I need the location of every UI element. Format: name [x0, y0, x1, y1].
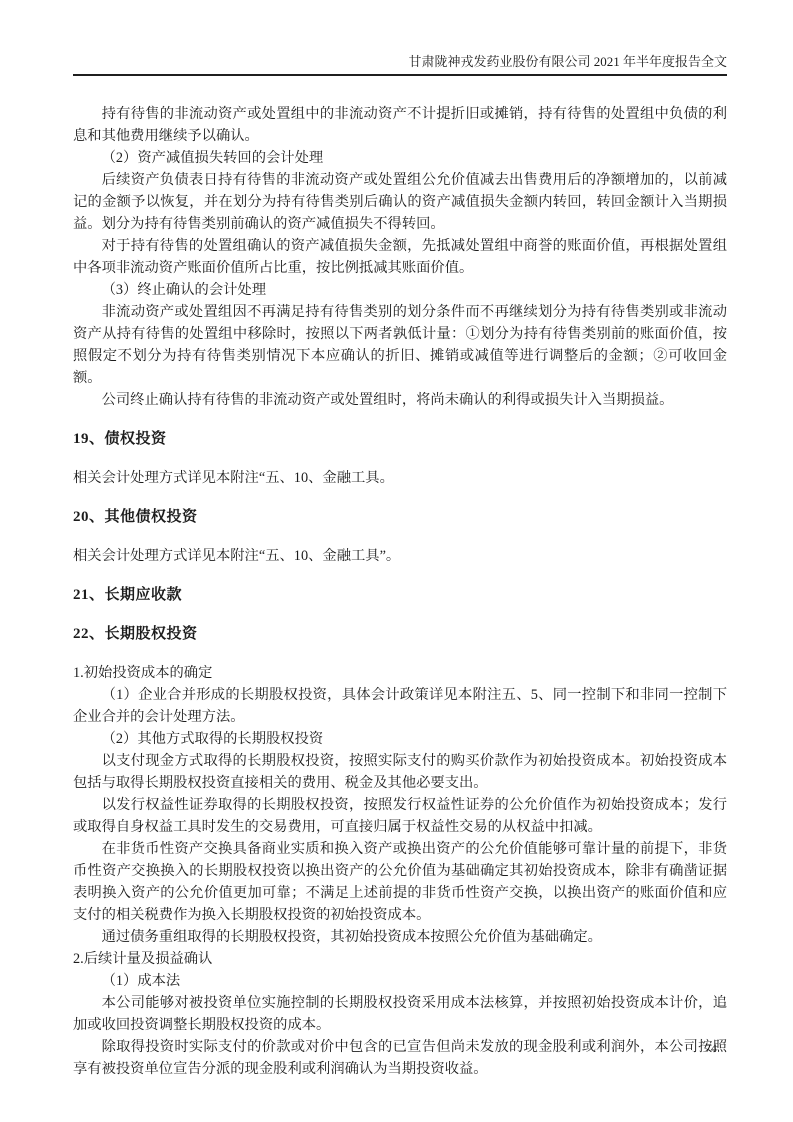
note-paragraph: 相关会计处理方式详见本附注“五、10、金融工具”。: [73, 545, 727, 567]
body-paragraph: 对于持有待售的处置组确认的资产减值损失金额，先抵减处置组中商誉的账面价值，再根据…: [73, 235, 727, 279]
section-heading: 22、长期股权投资: [73, 623, 727, 645]
body-paragraph: 通过债务重组取得的长期股权投资，其初始投资成本按照公允价值为基础确定。: [73, 926, 727, 948]
section-heading: 21、长期应收款: [73, 584, 727, 606]
body-paragraph: 后续资产负债表日持有待售的非流动资产或处置组公允价值减去出售费用后的净额增加的，…: [73, 169, 727, 235]
sub-heading: 2.后续计量及损益确认: [73, 948, 727, 970]
body-paragraph: 本公司能够对被投资单位实施控制的长期股权投资采用成本法核算，并按照初始投资成本计…: [73, 992, 727, 1036]
body-paragraph: （2）其他方式取得的长期股权投资: [73, 728, 727, 750]
body-paragraph: （3）终止确认的会计处理: [73, 279, 727, 301]
page-number: 74: [705, 1041, 717, 1055]
sub-heading: 1.初始投资成本的确定: [73, 662, 727, 684]
section-heading: 19、债权投资: [73, 428, 727, 450]
body-paragraph: 持有待售的非流动资产或处置组中的非流动资产不计提折旧或摊销，持有待售的处置组中负…: [73, 103, 727, 147]
body-paragraph: 以支付现金方式取得的长期股权投资，按照实际支付的购买价款作为初始投资成本。初始投…: [73, 750, 727, 794]
section-heading: 20、其他债权投资: [73, 506, 727, 528]
page-header: 甘肃陇神戎发药业股份有限公司 2021 年半年度报告全文: [73, 54, 727, 76]
body-paragraph: （1）企业合并形成的长期股权投资，具体会计政策详见本附注五、5、同一控制下和非同…: [73, 684, 727, 728]
body-paragraph: 除取得投资时实际支付的价款或对价中包含的已宣告但尚未发放的现金股利或利润外，本公…: [73, 1036, 727, 1080]
body-paragraph: 公司终止确认持有待售的非流动资产或处置组时，将尚未确认的利得或损失计入当期损益。: [73, 389, 727, 411]
document-body: 持有待售的非流动资产或处置组中的非流动资产不计提折旧或摊销，持有待售的处置组中负…: [73, 103, 727, 1080]
body-paragraph: （1）成本法: [73, 970, 727, 992]
header-report-title: 甘肃陇神戎发药业股份有限公司 2021 年半年度报告全文: [408, 54, 727, 69]
body-paragraph: （2）资产减值损失转回的会计处理: [73, 147, 727, 169]
report-page: 甘肃陇神戎发药业股份有限公司 2021 年半年度报告全文 持有待售的非流动资产或…: [0, 0, 793, 1122]
body-paragraph: 以发行权益性证券取得的长期股权投资，按照发行权益性证券的公允价值作为初始投资成本…: [73, 794, 727, 838]
body-paragraph: 在非货币性资产交换具备商业实质和换入资产或换出资产的公允价值能够可靠计量的前提下…: [73, 838, 727, 926]
page-footer: 74: [705, 1041, 717, 1056]
note-paragraph: 相关会计处理方式详见本附注“五、10、金融工具。: [73, 467, 727, 489]
body-paragraph: 非流动资产或处置组因不再满足持有待售类别的划分条件而不再继续划分为持有待售类别或…: [73, 301, 727, 389]
